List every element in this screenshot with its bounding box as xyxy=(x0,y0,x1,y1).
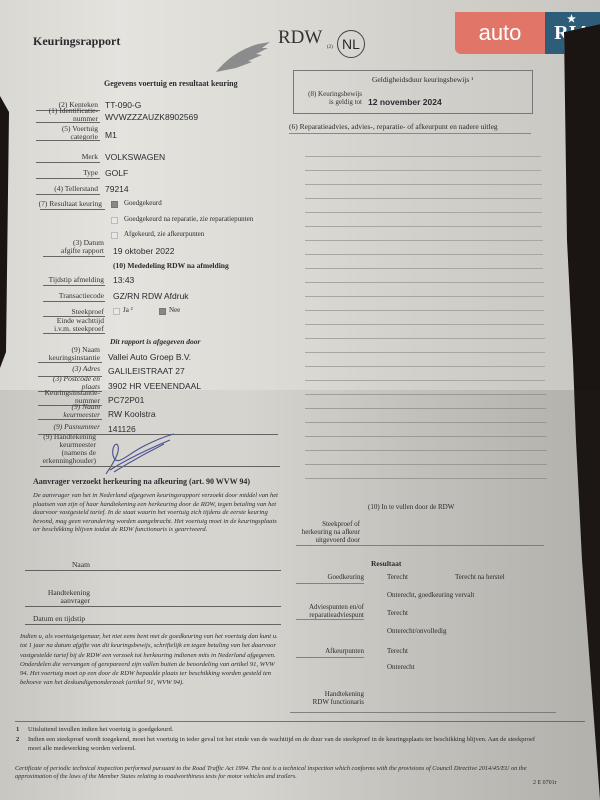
disagree-text: Indien u, als voertuigeigenaar, het niet… xyxy=(20,632,280,688)
result-heading: Resultaat xyxy=(371,559,401,568)
result-option-label: Goedgekeurd na reparatie, zie reparatiep… xyxy=(124,215,253,223)
vehicle-field-label: Type xyxy=(20,169,98,177)
wait-label: Einde wachttijd i.v.m. steekproef xyxy=(20,317,104,333)
rdw-result-option[interactable]: Terecht xyxy=(387,647,408,655)
issuer-field-label: (9) Naam keuringsinstantie xyxy=(20,346,100,362)
issuer-field-value: Vallei Auto Groep B.V. xyxy=(108,352,191,362)
document-title: Keuringsrapport xyxy=(33,34,120,49)
date-value: 19 oktober 2022 xyxy=(113,246,174,256)
validity-date: 12 november 2024 xyxy=(368,97,442,107)
transaction-value: GZ/RN RDW Afdruk xyxy=(113,291,189,301)
applicant-datetime-field[interactable] xyxy=(25,624,281,625)
country-note: (2) xyxy=(327,45,333,50)
vehicle-field-value: TT-090-G xyxy=(105,100,141,110)
time-value: 13:43 xyxy=(113,275,134,285)
vehicle-field-value: VOLKSWAGEN xyxy=(105,152,165,162)
rdw-row-label: Adviespunten en/of reparatieadviespunt xyxy=(290,603,364,619)
result-label: (7) Resultaat keuring xyxy=(20,200,102,208)
vehicle-field-label: Merk xyxy=(20,153,98,161)
issuer-field-value: 3902 HR VEENENDAAL xyxy=(108,381,201,391)
validity-heading: Geldigheidsduur keuringsbewijs ¹ xyxy=(372,75,473,84)
date-label: (3) Datum afgifte rapport xyxy=(20,239,104,255)
inspector-signature xyxy=(100,432,180,477)
sample-yes-checkbox[interactable] xyxy=(113,308,120,315)
footnote-number: 2 xyxy=(16,736,19,743)
certificate-text: Certificate of periodic technical inspec… xyxy=(15,765,535,781)
issuer-field-value: PC72P01 xyxy=(108,395,144,405)
result-option-label: Goedgekeurd xyxy=(124,199,162,207)
issuer-field-label: (9) Pasnummer xyxy=(20,423,100,431)
document-paper: Keuringsrapport RDW (2) NL auto ★ RIA .c… xyxy=(0,0,600,800)
result-option-checkbox[interactable] xyxy=(111,201,118,208)
repair-advice-heading: (6) Reparatieadvies, advies-, reparatie-… xyxy=(289,122,498,131)
rdw-signature-label: Handtekening RDW functionaris xyxy=(290,690,364,706)
vehicle-field-value: WVWZZZAUZK8902569 xyxy=(105,112,198,122)
reinspection-heading: Aanvrager verzoekt herkeuring na afkeuri… xyxy=(33,477,250,486)
footnote-text: Indien een steekproef wordt toegekend, m… xyxy=(28,736,548,753)
vehicle-field-label: (4) Tellerstand xyxy=(20,185,98,193)
star-icon: ★ xyxy=(567,14,576,25)
country-badge: NL xyxy=(337,30,365,58)
vehicle-field-value: M1 xyxy=(105,130,117,140)
rdw-result-option[interactable]: Terecht na herstel xyxy=(455,573,505,581)
applicant-datetime-label: Datum en tijdstip xyxy=(33,614,85,623)
rdw-row-label: Afkeurpunten xyxy=(290,647,364,655)
rdw-result-option[interactable]: Terecht xyxy=(387,609,408,617)
footnote-number: 1 xyxy=(16,726,19,733)
sample-no-checkbox[interactable] xyxy=(159,308,166,315)
reinspection-body: De aanvrager van het in Nederland afgege… xyxy=(33,492,281,535)
validity-label: (8) Keuringsbewijs is geldig tot xyxy=(298,90,362,106)
issuer-field-value: RW Koolstra xyxy=(108,409,156,419)
rdw-sample-label: Steekproef of herkeuring na afkeur uitge… xyxy=(290,520,360,544)
watermark-ria: ★ RIA .com xyxy=(545,12,600,54)
issuer-field-label: (9) Naam keurmeester xyxy=(20,403,100,419)
vehicle-field-value: 79214 xyxy=(105,184,129,194)
watermark-auto: auto xyxy=(455,12,545,54)
result-option-checkbox[interactable] xyxy=(111,232,118,239)
rdw-logo-text: RDW xyxy=(278,27,322,49)
time-label: Tijdstip afmelding xyxy=(20,276,104,284)
vehicle-field-value: GOLF xyxy=(105,168,128,178)
issuer-heading: Dit rapport is afgegeven door xyxy=(110,337,200,346)
rdw-section-heading: (10) In te vullen door de RDW xyxy=(368,503,454,511)
result-option-label: Afgekeurd, zie afkeurpunten xyxy=(124,230,204,238)
sample-yes-label: Ja ² xyxy=(123,306,133,314)
rdw-result-option[interactable]: Onterecht xyxy=(387,663,415,671)
applicant-signature-field[interactable] xyxy=(25,606,281,607)
rdw-row-label: Goedkeuring xyxy=(290,573,364,581)
issuer-field-label: (3) Adres xyxy=(20,365,100,373)
result-option-checkbox[interactable] xyxy=(111,217,118,224)
sample-label: Steekproef xyxy=(20,308,104,316)
vehicle-section-heading: Gegevens voertuig en resultaat keuring xyxy=(104,79,238,88)
vehicle-field-label: (1) Identificatie- nummer xyxy=(20,107,98,123)
issuer-field-value: GALILEISTRAAT 27 xyxy=(108,366,185,376)
notice-heading: (10) Mededeling RDW na afmelding xyxy=(113,261,229,270)
rdw-result-option[interactable]: Onterecht, goedkeuring vervalt xyxy=(387,591,474,599)
rdw-result-option[interactable]: Terecht xyxy=(387,573,408,581)
vehicle-field-label: (5) Voertuig categorie xyxy=(20,125,98,141)
sample-no-label: Nee xyxy=(169,306,180,314)
form-code: 2 E 0701r xyxy=(533,780,557,786)
applicant-signature-label: Handtekening aanvrager xyxy=(40,589,90,605)
applicant-name-field[interactable] xyxy=(25,570,281,571)
signature-label: (9) Handtekening keurmeester (namens de … xyxy=(20,433,96,465)
rdw-feather-logo-icon xyxy=(212,38,272,74)
rdw-result-option[interactable]: Onterecht/onvolledig xyxy=(387,627,446,635)
applicant-name-label: Naam xyxy=(72,560,90,569)
validity-box: Geldigheidsduur keuringsbewijs ¹ (8) Keu… xyxy=(293,70,533,114)
footnote-text: Uitsluitend invullen indien het voertuig… xyxy=(28,726,548,735)
autoria-watermark: auto ★ RIA .com xyxy=(455,12,600,54)
transaction-label: Transactiecode xyxy=(20,292,104,300)
